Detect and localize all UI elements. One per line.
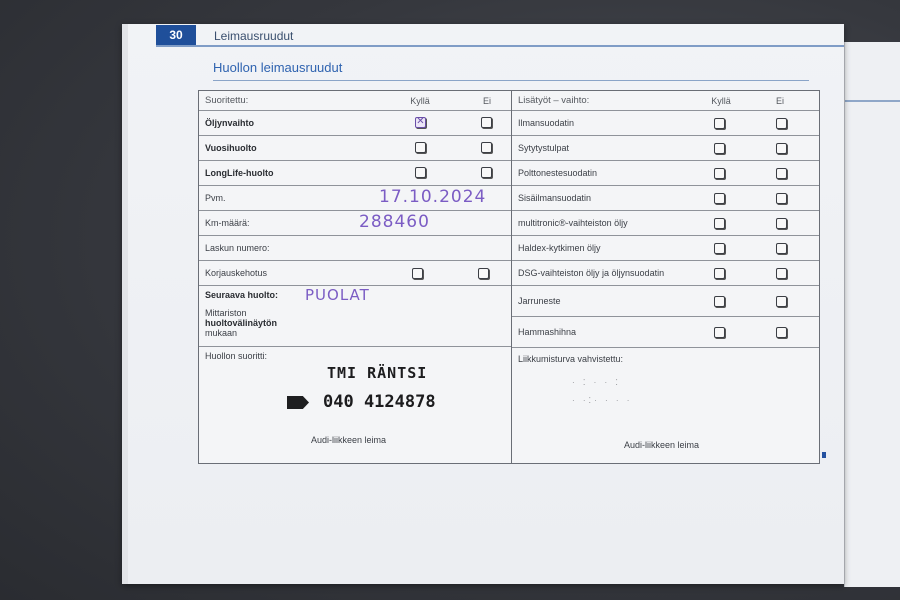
additional-row: Polttonestesuodatin: [512, 161, 819, 186]
meter-line-1: Mittariston: [205, 308, 247, 318]
next-service-label: Seuraava huolto:: [205, 290, 278, 300]
row-longlife-service: LongLife-huolto: [199, 161, 511, 186]
no-header: Ei: [481, 96, 493, 106]
mobility-box: Liikkumisturva vahvistettu: · ⁚ · · ⁚· ·…: [512, 348, 819, 455]
row-label: Haldex-kytkimen öljy: [518, 243, 819, 253]
next-page-edge: [844, 42, 900, 587]
row-next-service: Seuraava huolto: PUOLAT Mittariston huol…: [199, 286, 511, 347]
row-label: LongLife-huolto: [205, 168, 511, 178]
row-label: Hammashihna: [518, 327, 819, 337]
row-annual-service: Vuosihuolto: [199, 136, 511, 161]
additional-row: Ilmansuodatin: [512, 111, 819, 136]
no-checkbox[interactable]: [776, 296, 787, 307]
row-label: Vuosihuolto: [205, 143, 511, 153]
yes-checkbox[interactable]: [714, 296, 725, 307]
meter-line-2: huoltovälinäytön: [205, 318, 277, 328]
no-checkbox[interactable]: [776, 193, 787, 204]
km-label: Km-määrä:: [205, 218, 511, 228]
service-stamp-form: Suoritettu: Kyllä Ei Öljynvaihto Vuosihu…: [198, 90, 820, 464]
page-number: 30: [156, 25, 196, 45]
annual-service-yes-checkbox[interactable]: [415, 142, 426, 153]
no-checkbox[interactable]: [776, 218, 787, 229]
next-service-value[interactable]: PUOLAT: [305, 286, 370, 304]
yes-checkbox[interactable]: [714, 243, 725, 254]
additional-rows: IlmansuodatinSytytystulpatPolttonestesuo…: [512, 111, 819, 348]
yes-checkbox[interactable]: [714, 193, 725, 204]
row-oil-change: Öljynvaihto: [199, 111, 511, 136]
mobility-label: Liikkumisturva vahvistettu:: [518, 354, 623, 364]
no-checkbox[interactable]: [776, 143, 787, 154]
performed-header: Suoritettu: Kyllä Ei: [199, 91, 511, 111]
performed-by-label: Huollon suoritti:: [205, 351, 267, 361]
longlife-yes-checkbox[interactable]: [415, 167, 426, 178]
additional-work-column: Lisätyöt – vaihto: Kyllä Ei Ilmansuodati…: [512, 91, 819, 463]
faded-stamp: · ⁚ · · ⁚· ·⁚· · · ·: [572, 378, 712, 438]
manual-page: 30 Leimausruudut Huollon leimausruudut S…: [122, 24, 844, 584]
no-header: Ei: [774, 96, 786, 106]
yes-checkbox[interactable]: [714, 143, 725, 154]
chapter-rule: [156, 45, 844, 47]
end-mark: [822, 452, 826, 458]
additional-row: multitronic®-vaihteiston öljy: [512, 211, 819, 236]
yes-checkbox[interactable]: [714, 268, 725, 279]
no-checkbox[interactable]: [776, 168, 787, 179]
row-label: DSG-vaihteiston öljy ja öljynsuodatin: [518, 268, 819, 278]
yes-checkbox[interactable]: [714, 168, 725, 179]
stamp-phone: 040 4124878: [323, 392, 436, 412]
stamp-name: TMI RÄNTSI: [327, 364, 427, 382]
row-invoice-number: Laskun numero:: [199, 236, 511, 261]
additional-header: Lisätyöt – vaihto: Kyllä Ei: [512, 91, 819, 111]
yes-checkbox[interactable]: [714, 118, 725, 129]
row-label: Ilmansuodatin: [518, 118, 819, 128]
additional-row: DSG-vaihteiston öljy ja öljynsuodatin: [512, 261, 819, 286]
invoice-label: Laskun numero:: [205, 243, 511, 253]
additional-row: Haldex-kytkimen öljy: [512, 236, 819, 261]
yes-header: Kyllä: [706, 96, 736, 106]
section-title: Huollon leimausruudut: [213, 60, 342, 75]
chapter-title: Leimausruudut: [214, 29, 293, 43]
stamp-caption: Audi-liikkeen leima: [311, 435, 386, 445]
performed-column: Suoritettu: Kyllä Ei Öljynvaihto Vuosihu…: [199, 91, 512, 463]
row-mileage: Km-määrä: 288460: [199, 211, 511, 236]
row-date: Pvm. 17.10.2024: [199, 186, 511, 211]
annual-service-no-checkbox[interactable]: [481, 142, 492, 153]
no-checkbox[interactable]: [776, 268, 787, 279]
performed-by-box: Huollon suoritti: TMI RÄNTSI 040 4124878…: [199, 347, 511, 453]
row-label: multitronic®-vaihteiston öljy: [518, 218, 819, 228]
meter-line-3: mukaan: [205, 328, 237, 338]
additional-row: Sytytystulpat: [512, 136, 819, 161]
no-checkbox[interactable]: [776, 243, 787, 254]
row-label: Polttonestesuodatin: [518, 168, 819, 178]
no-checkbox[interactable]: [776, 118, 787, 129]
oil-change-yes-checkbox[interactable]: [415, 117, 426, 128]
additional-row: Jarruneste: [512, 286, 819, 317]
repair-no-checkbox[interactable]: [478, 268, 489, 279]
row-label: Sisäilmansuodatin: [518, 193, 819, 203]
date-value[interactable]: 17.10.2024: [379, 187, 486, 207]
row-label: Öljynvaihto: [205, 118, 511, 128]
oil-change-no-checkbox[interactable]: [481, 117, 492, 128]
row-label: Jarruneste: [518, 296, 819, 306]
performed-header-label: Suoritettu:: [205, 95, 511, 106]
row-repair-request: Korjauskehotus: [199, 261, 511, 286]
mobility-stamp-caption: Audi-liikkeen leima: [624, 440, 699, 450]
section-rule: [213, 80, 809, 81]
yes-checkbox[interactable]: [714, 218, 725, 229]
additional-row: Sisäilmansuodatin: [512, 186, 819, 211]
no-checkbox[interactable]: [776, 327, 787, 338]
km-value[interactable]: 288460: [359, 212, 430, 232]
repair-label: Korjauskehotus: [205, 268, 511, 278]
yes-checkbox[interactable]: [714, 327, 725, 338]
repair-yes-checkbox[interactable]: [412, 268, 423, 279]
additional-row: Hammashihna: [512, 317, 819, 348]
yes-header: Kyllä: [405, 96, 435, 106]
phone-icon: [287, 396, 309, 409]
longlife-no-checkbox[interactable]: [481, 167, 492, 178]
row-label: Sytytystulpat: [518, 143, 819, 153]
